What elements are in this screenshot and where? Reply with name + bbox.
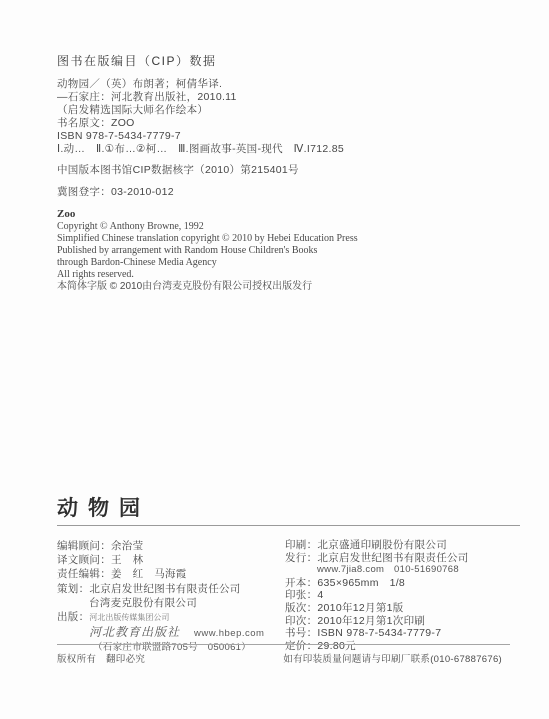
credit-planning-value-2: 台湾麦克股份有限公司 [57, 596, 197, 610]
credit-edition-value: 2010年12月第1版 [317, 602, 403, 614]
credit-format: 开本：635×965mm 1/8 [285, 577, 521, 590]
credit-printing-label: 印刷： [285, 539, 317, 551]
cip-line-isbn: ISBN 978-7-5434-7779-7 [57, 130, 521, 143]
credit-format-value: 635×965mm 1/8 [317, 577, 405, 589]
press-url: www.hbep.com [194, 628, 264, 639]
copyright-line-arrangement: Published by arrangement with Random Hou… [57, 245, 521, 257]
cip-registration-number: 冀图登字：03-2010-012 [57, 184, 521, 199]
credits-left-column: 编辑顾问：余治莹 译文顾问：王 林 责任编辑：姜 红 马海霞 策划：北京启发世纪… [57, 539, 285, 656]
page-footer: 版权所有 翻印必究 如有印装质量问题请与印刷厂联系(010-67887676) [57, 644, 502, 665]
credit-duty-editor: 责任编辑：姜 红 马海霞 [57, 567, 285, 581]
credit-publisher: 出版：河北出版传媒集团公司 [57, 610, 285, 625]
cip-block: 图书在版编目（CIP）数据 动物园／（英）布朗著；柯倩华译. —石家庄：河北教育… [57, 52, 521, 199]
credit-impression-label: 印次： [285, 615, 317, 627]
book-copyright-page: 图书在版编目（CIP）数据 动物园／（英）布朗著；柯倩华译. —石家庄：河北教育… [0, 0, 549, 719]
copyright-title: Zoo [57, 208, 521, 221]
footer-copyright-notice: 版权所有 翻印必究 [57, 651, 145, 665]
credit-planning: 策划：北京启发世纪图书有限责任公司 [57, 582, 285, 596]
copyright-line-rights: All rights reserved. [57, 269, 521, 281]
credit-sheets-label: 印张： [285, 589, 317, 601]
footer-row: 版权所有 翻印必究 如有印装质量问题请与印刷厂联系(010-67887676) [57, 651, 502, 665]
footer-divider [57, 644, 510, 645]
cip-line-publisher: —石家庄：河北教育出版社，2010.11 [57, 91, 521, 104]
credit-issue-value: 北京启发世纪图书有限责任公司 [317, 552, 468, 564]
credit-editor-label: 编辑顾问： [57, 540, 111, 552]
cip-line-original-title: 书名原文：ZOO [57, 117, 521, 130]
credit-editor-value: 余治莹 [111, 540, 143, 552]
credit-isbn: 书号：ISBN 978-7-5434-7779-7 [285, 627, 521, 640]
credit-translation-label: 译文顾问： [57, 554, 111, 566]
colophon-block: 动物园 编辑顾问：余治莹 译文顾问：王 林 责任编辑：姜 红 马海霞 策划：北京… [57, 496, 521, 656]
credit-issue-label: 发行： [285, 552, 317, 564]
credit-issue-contact: www.7jia8.com 010-51690768 [285, 564, 521, 577]
credit-publisher-label: 出版： [57, 611, 89, 623]
page-content: 图书在版编目（CIP）数据 动物园／（英）布朗著；柯倩华译. —石家庄：河北教育… [0, 0, 549, 656]
credit-edition-label: 版次： [285, 602, 317, 614]
issue-contact: www.7jia8.com 010-51690768 [285, 564, 459, 577]
credit-planning-value: 北京启发世纪图书有限责任公司 [89, 583, 240, 595]
credit-duty-value: 姜 红 马海霞 [111, 568, 187, 580]
credit-format-label: 开本： [285, 577, 317, 589]
cip-line-title: 动物园／（英）布朗著；柯倩华译. [57, 78, 521, 91]
credits-right-column: 印刷：北京盛通印刷股份有限公司 发行：北京启发世纪图书有限责任公司 www.7j… [285, 539, 521, 656]
credit-sheets: 印张：4 [285, 589, 521, 602]
press-logotype: 河北教育出版社 [57, 625, 180, 639]
credit-edition: 版次：2010年12月第1版 [285, 602, 521, 615]
credit-publisher-group: 河北出版传媒集团公司 [89, 613, 169, 622]
copyright-line-translation: Simplified Chinese translation copyright… [57, 233, 521, 245]
copyright-block: Zoo Copyright © Anthony Browne, 1992 Sim… [57, 208, 521, 293]
cip-record-number: 中国版本图书馆CIP数据核字（2010）第215401号 [57, 162, 521, 177]
credit-translation-consultant: 译文顾问：王 林 [57, 553, 285, 567]
credit-editor: 编辑顾问：余治莹 [57, 539, 285, 553]
credits-columns: 编辑顾问：余治莹 译文顾问：王 林 责任编辑：姜 红 马海霞 策划：北京启发世纪… [57, 539, 521, 656]
credit-planning-label: 策划： [57, 583, 89, 595]
cip-line-series: （启发精选国际大师名作绘本） [57, 104, 521, 117]
cip-heading: 图书在版编目（CIP）数据 [57, 52, 521, 69]
credit-sheets-value: 4 [317, 589, 323, 601]
copyright-line-author: Copyright © Anthony Browne, 1992 [57, 221, 521, 233]
credit-planning-2: 台湾麦克股份有限公司 [57, 596, 285, 610]
credit-printing-value: 北京盛通印刷股份有限公司 [317, 539, 447, 551]
credit-impression: 印次：2010年12月第1次印刷 [285, 615, 521, 628]
credit-printing: 印刷：北京盛通印刷股份有限公司 [285, 539, 521, 552]
credit-issue: 发行：北京启发世纪图书有限责任公司 [285, 552, 521, 565]
credit-impression-value: 2010年12月第1次印刷 [317, 615, 425, 627]
credit-isbn-value: ISBN 978-7-5434-7779-7 [317, 627, 441, 639]
cip-line-classification: Ⅰ.动… Ⅱ.①布…②柯… Ⅲ.图画故事-英国-现代 Ⅳ.I712.85 [57, 143, 521, 156]
title-divider [57, 525, 520, 526]
footer-quality-notice: 如有印装质量问题请与印刷厂联系(010-67887676) [283, 651, 502, 665]
credit-translation-value: 王 林 [111, 554, 143, 566]
book-title: 动物园 [57, 496, 521, 520]
copyright-line-simplified-chinese: 本简体字版 © 2010由台湾麦克股份有限公司授权出版发行 [57, 281, 521, 293]
credit-press: 河北教育出版社www.hbep.com [57, 625, 285, 641]
credit-isbn-label: 书号： [285, 627, 317, 639]
credit-duty-label: 责任编辑： [57, 568, 111, 580]
copyright-line-agency: through Bardon-Chinese Media Agency [57, 257, 521, 269]
